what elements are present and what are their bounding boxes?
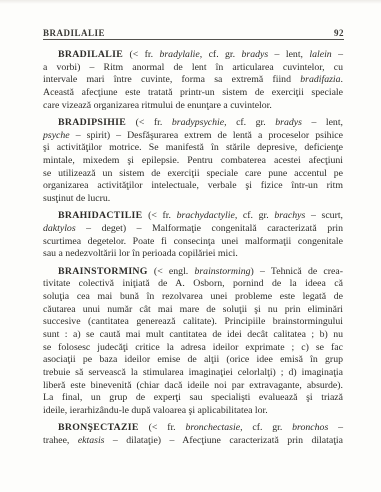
body-text: organizarea activităţilor intelectuale, … [43, 180, 343, 191]
entry-line: mintale, mixedem şi epilepsie. Pentru co… [43, 155, 343, 168]
body-text: – spirit) – Desfăşurarea extrem de lentă… [70, 130, 343, 141]
body-text: – lent, [302, 117, 343, 128]
foreign-term: bradypsychie [172, 117, 224, 128]
body-text: tivitate colectivă iniţiată de A. Osborn… [43, 278, 343, 289]
foreign-term: lalein [309, 49, 331, 60]
body-text: . [341, 74, 343, 85]
running-title: BRADILALIE [43, 28, 105, 38]
page-header: BRADILALIE 92 [43, 25, 344, 40]
body-text: Această afecţiune este tratată printr-un… [43, 87, 343, 98]
body-text: scurtimea degetelor. Poate fi consecinţa… [43, 236, 343, 247]
entry-line: scurtimea degetelor. Poate fi consecinţa… [43, 236, 343, 249]
body-text: , cf. gr. [240, 422, 292, 433]
headword: BRADIPSIHIE [58, 117, 126, 128]
body-text: asociaţii pe baza ideilor emise de alţii… [43, 354, 343, 365]
entry-line: susţinut de lucru. [43, 193, 343, 206]
foreign-term: bradylalie [159, 49, 199, 60]
headword: BRAHIDACTILIE [58, 210, 142, 221]
entry-line: trebuie să servească la stimularea imagi… [43, 367, 343, 380]
body-text: , cf. gr. [200, 49, 242, 60]
body-text: – [332, 49, 343, 60]
body-text: trahee, [43, 435, 78, 446]
body-text: intervale mari între cuvinte, forma sa e… [43, 74, 300, 85]
body-text: (< fr. [142, 210, 176, 221]
body-text: soluţia cea mai bună în rezolvarea unei … [43, 291, 343, 302]
scan-edge-artifact [0, 0, 381, 4]
entry-line: sau a nedezvoltării lor în perioada copi… [43, 248, 343, 261]
entries: BRADILALIE (< fr. bradylalie, cf. gr. br… [43, 49, 343, 452]
entry-line: intervale mari între cuvinte, forma sa e… [43, 74, 343, 87]
entry-line: Această afecţiune este tratată printr-un… [43, 87, 343, 100]
entry-line: şi activităţilor motrice. Se manifestă î… [43, 142, 343, 155]
body-text: – lent, [268, 49, 309, 60]
entry-line: asociaţii pe baza ideilor emise de alţii… [43, 354, 343, 367]
foreign-term: bronchectasie [185, 422, 240, 433]
headword: BRONŞECTAZIE [58, 422, 139, 433]
body-text: , cf. gr. [235, 210, 274, 221]
body-text: susţinut de lucru. [43, 193, 110, 204]
body-text: sau a nedezvoltării lor în perioada copi… [43, 248, 238, 259]
body-text: La final, un grup de experţi sau special… [43, 392, 343, 403]
entry-line: daktylos – deget) – Malformaţie congenit… [43, 223, 343, 236]
foreign-term: ektasis [78, 435, 105, 446]
headword: BRAINSTORMING [58, 266, 148, 277]
dictionary-entry: BRAHIDACTILIE (< fr. brachydactylie, cf.… [43, 210, 343, 261]
page-number: 92 [334, 28, 344, 38]
entry-line: căutarea unui număr cât mai mare de solu… [43, 304, 343, 317]
dictionary-entry: BRAINSTORMING (< engl. brainstorming) – … [43, 266, 343, 418]
entry-line: trahee, ektasis – dilataţie) – Afecţiune… [43, 435, 343, 448]
foreign-term: daktylos [43, 223, 76, 234]
body-text: căutarea unui număr cât mai mare de solu… [43, 304, 343, 315]
body-text: (< fr. [139, 422, 186, 433]
foreign-term: brachydactylie [177, 210, 235, 221]
foreign-term: psyche [43, 130, 70, 141]
entry-line: se folosesc judecăţi critice la adresa i… [43, 342, 343, 355]
entry-line: a vorbi) – Ritm anormal de lent în artic… [43, 62, 343, 75]
dictionary-entry: BRADILALIE (< fr. bradylalie, cf. gr. br… [43, 49, 343, 112]
body-text: ) – Tehnică de crea- [251, 266, 343, 277]
dictionary-entry: BRONŞECTAZIE (< fr. bronchectasie, cf. g… [43, 422, 343, 447]
body-text: – dilataţie) – Afecţiune caracterizată p… [104, 435, 343, 446]
foreign-term: brainstorming [194, 266, 250, 277]
entry-line: BRAINSTORMING (< engl. brainstorming) – … [43, 266, 343, 279]
body-text: ideile, ierarhizându-le după valoarea şi… [43, 405, 268, 416]
body-text: (< fr. [123, 49, 159, 60]
body-text: – [328, 422, 343, 433]
foreign-term: bradifazia [300, 74, 340, 85]
foreign-term: bradys [242, 49, 269, 60]
body-text: – deget) – Malformaţie congenitală carac… [76, 223, 343, 234]
body-text: care vizează organizarea ritmului de enu… [43, 100, 272, 111]
book-page: BRADILALIE 92 BRADILALIE (< fr. bradylal… [0, 0, 381, 492]
foreign-term: bronchos [292, 422, 328, 433]
body-text: şi activităţilor motrice. Se manifestă î… [43, 142, 343, 153]
entry-line: psyche – spirit) – Desfăşurarea extrem d… [43, 130, 343, 143]
body-text: mintale, mixedem şi epilepsie. Pentru co… [43, 155, 343, 166]
foreign-term: bradys [275, 117, 302, 128]
entry-line: BRAHIDACTILIE (< fr. brachydactylie, cf.… [43, 210, 343, 223]
entry-line: tivitate colectivă iniţiată de A. Osborn… [43, 278, 343, 291]
body-text: trebuie să servească la stimularea imagi… [43, 367, 343, 378]
entry-line: care vizează organizarea ritmului de enu… [43, 100, 343, 113]
foreign-term: brachys [274, 210, 305, 221]
headword: BRADILALIE [58, 49, 123, 60]
entry-line: sunt : a) se caută mai mult cantitatea d… [43, 329, 343, 342]
entry-line: La final, un grup de experţi sau special… [43, 392, 343, 405]
body-text: succesive (cantitatea generează calitate… [43, 316, 343, 327]
body-text: – scurt, [305, 210, 343, 221]
body-text: sunt : a) se caută mai mult cantitatea d… [43, 329, 343, 340]
body-text: a vorbi) – Ritm anormal de lent în artic… [43, 62, 343, 73]
entry-line: organizarea activităţilor intelectuale, … [43, 180, 343, 193]
body-text: (< engl. [148, 266, 195, 277]
entry-line: se utilizează un sistem de exerciţii spe… [43, 168, 343, 181]
body-text: , cf. gr. [224, 117, 275, 128]
entry-line: BRADILALIE (< fr. bradylalie, cf. gr. br… [43, 49, 343, 62]
dictionary-entry: BRADIPSIHIE (< fr. bradypsychie, cf. gr.… [43, 117, 343, 206]
entry-line: soluţia cea mai bună în rezolvarea unei … [43, 291, 343, 304]
body-text: liberă este binevenită (chiar dacă ideil… [43, 380, 343, 391]
entry-line: succesive (cantitatea generează calitate… [43, 316, 343, 329]
body-text: se utilizează un sistem de exerciţii spe… [43, 168, 343, 179]
entry-line: ideile, ierarhizându-le după valoarea şi… [43, 405, 343, 418]
entry-line: BRONŞECTAZIE (< fr. bronchectasie, cf. g… [43, 422, 343, 435]
entry-line: BRADIPSIHIE (< fr. bradypsychie, cf. gr.… [43, 117, 343, 130]
body-text: se folosesc judecăţi critice la adresa i… [43, 342, 343, 353]
entry-line: liberă este binevenită (chiar dacă ideil… [43, 380, 343, 393]
body-text: (< fr. [126, 117, 172, 128]
